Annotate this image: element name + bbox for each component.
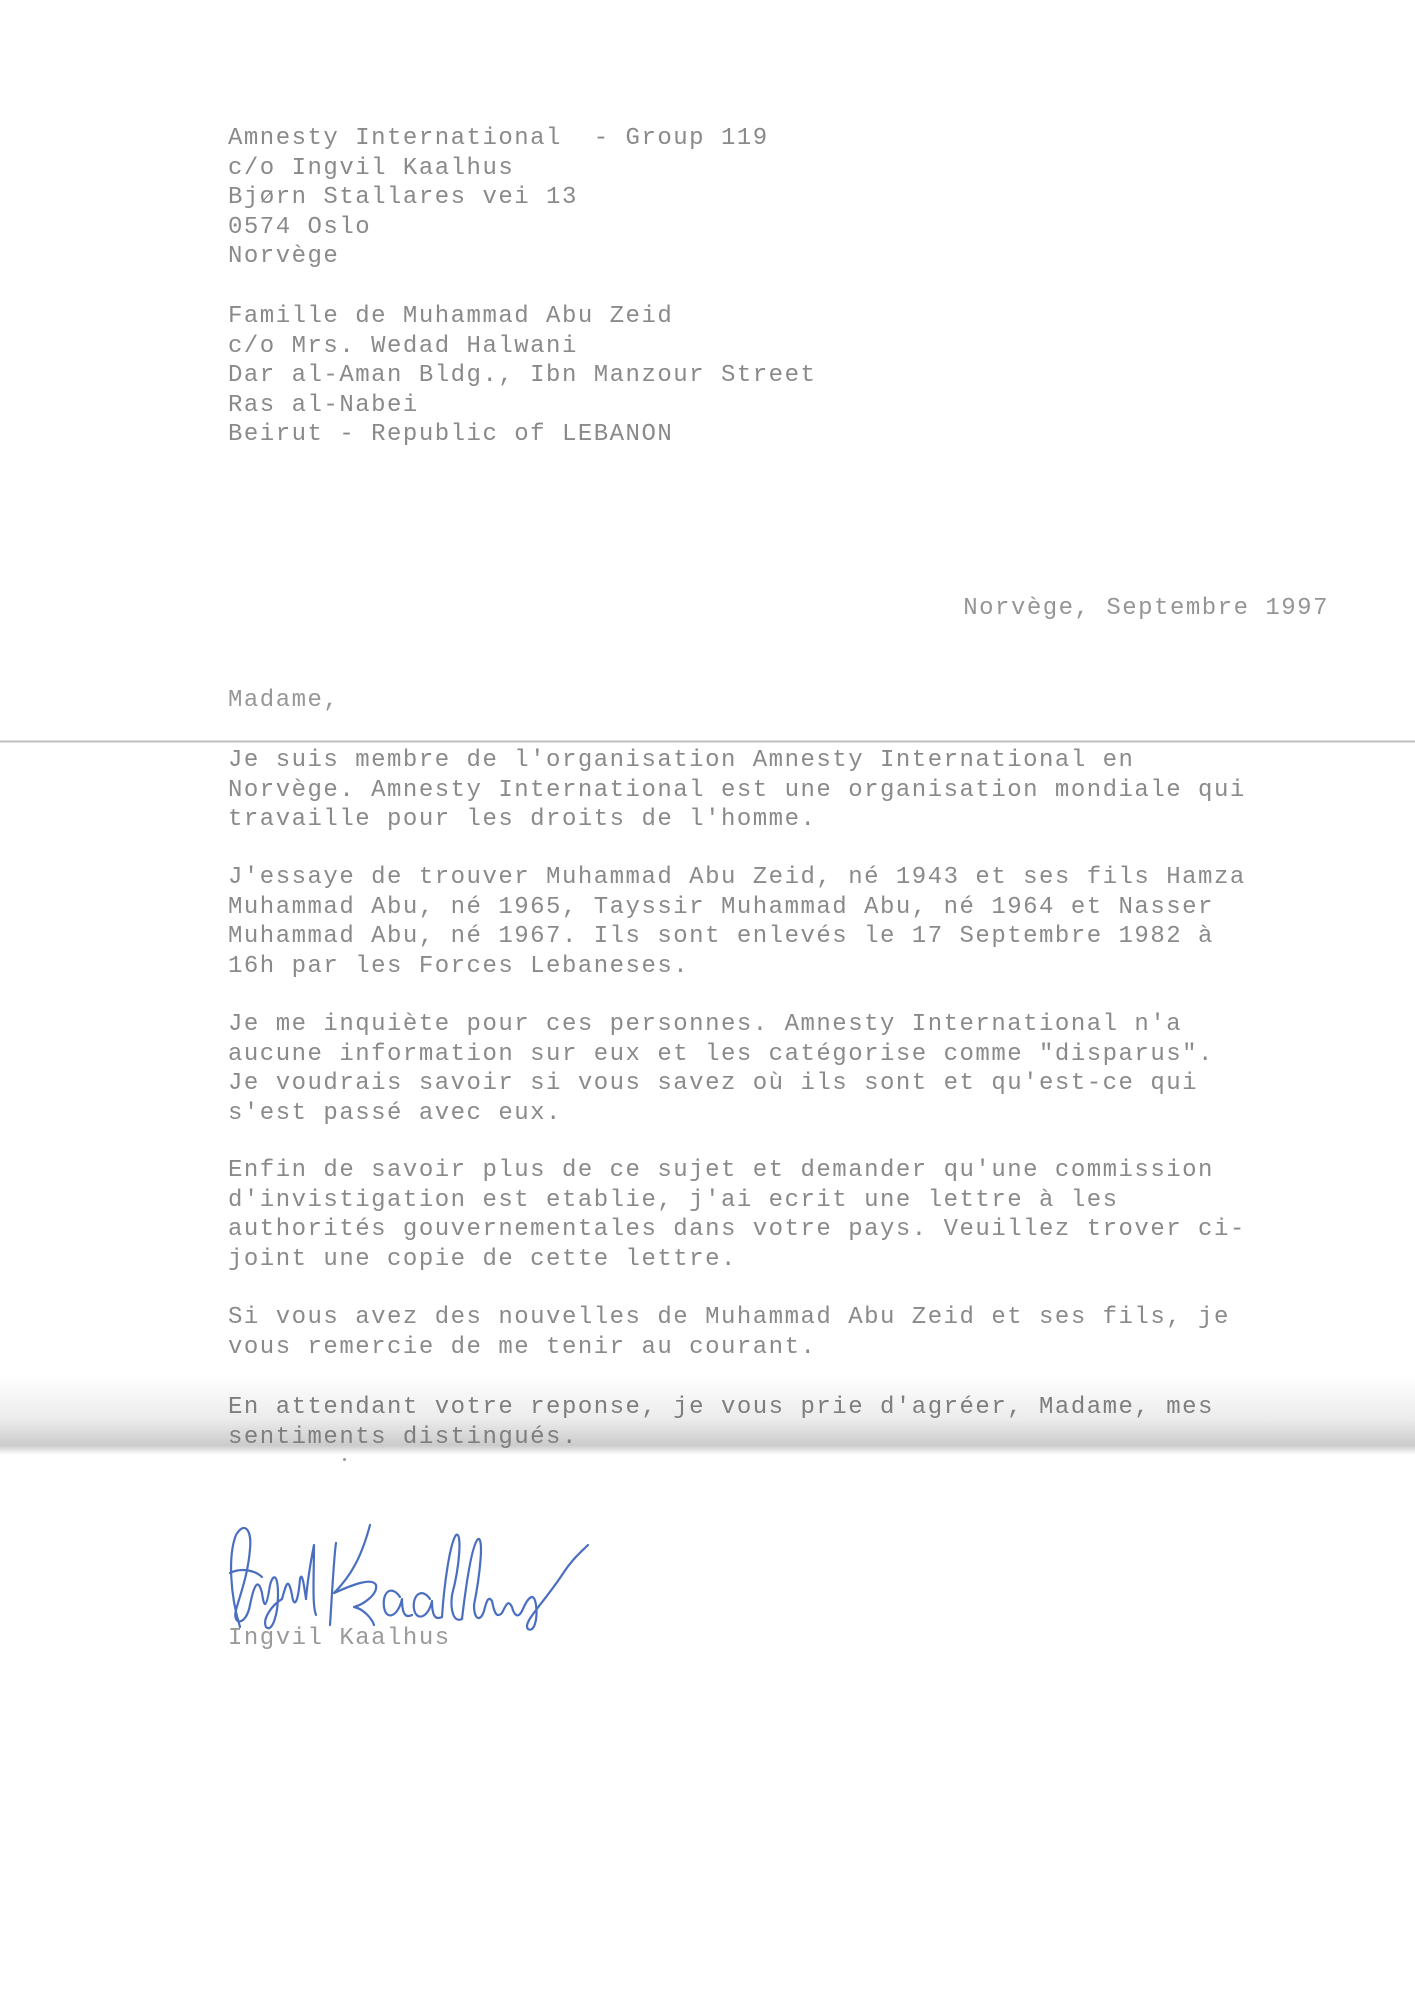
recipient-line-building: Dar al-Aman Bldg., Ibn Manzour Street <box>228 361 816 391</box>
sender-line-street: Bjørn Stallares vei 13 <box>228 183 769 213</box>
paragraph-line: d'invistigation est etablie, j'ai ecrit … <box>228 1186 1358 1216</box>
body-paragraph-5: Si vous avez des nouvelles de Muhammad A… <box>228 1303 1358 1362</box>
paragraph-line: Muhammad Abu, né 1965, Tayssir Muhammad … <box>228 893 1358 923</box>
paper-fold-line <box>0 740 1415 743</box>
paper-speck <box>343 1458 346 1461</box>
paragraph-line: s'est passé avec eux. <box>228 1099 1358 1129</box>
sender-address: Amnesty International - Group 119 c/o In… <box>228 124 769 272</box>
sender-line-country: Norvège <box>228 242 769 272</box>
paragraph-line: joint une copie de cette lettre. <box>228 1245 1358 1275</box>
closing-paragraph: En attendant votre reponse, je vous prie… <box>228 1393 1358 1452</box>
paragraph-line: aucune information sur eux et les catégo… <box>228 1040 1358 1070</box>
paragraph-line: vous remercie de me tenir au courant. <box>228 1333 1358 1363</box>
paragraph-line: Je suis membre de l'organisation Amnesty… <box>228 746 1358 776</box>
body-paragraph-4: Enfin de savoir plus de ce sujet et dema… <box>228 1156 1358 1274</box>
paragraph-line: authorités gouvernementales dans votre p… <box>228 1215 1358 1245</box>
paragraph-line: Muhammad Abu, né 1967. Ils sont enlevés … <box>228 922 1358 952</box>
paragraph-line: Je me inquiète pour ces personnes. Amnes… <box>228 1010 1358 1040</box>
paragraph-line: 16h par les Forces Lebaneses. <box>228 952 1358 982</box>
paragraph-line: sentiments distingués. <box>228 1423 1358 1453</box>
salutation-text: Madame, <box>228 686 339 716</box>
sender-line-org: Amnesty International - Group 119 <box>228 124 769 154</box>
paragraph-line: En attendant votre reponse, je vous prie… <box>228 1393 1358 1423</box>
paragraph-line: Je voudrais savoir si vous savez où ils … <box>228 1069 1358 1099</box>
letter-date: Norvège, Septembre 1997 <box>963 595 1329 622</box>
recipient-line-co: c/o Mrs. Wedad Halwani <box>228 332 816 362</box>
body-paragraph-2: J'essaye de trouver Muhammad Abu Zeid, n… <box>228 863 1358 981</box>
recipient-address: Famille de Muhammad Abu Zeid c/o Mrs. We… <box>228 302 816 450</box>
body-paragraph-1: Je suis membre de l'organisation Amnesty… <box>228 746 1358 835</box>
paragraph-line: J'essaye de trouver Muhammad Abu Zeid, n… <box>228 863 1358 893</box>
sender-line-city: 0574 Oslo <box>228 213 769 243</box>
recipient-line-district: Ras al-Nabei <box>228 391 816 421</box>
paragraph-line: Norvège. Amnesty International est une o… <box>228 776 1358 806</box>
paragraph-line: Si vous avez des nouvelles de Muhammad A… <box>228 1303 1358 1333</box>
recipient-line-country: Beirut - Republic of LEBANON <box>228 420 816 450</box>
sender-line-co: c/o Ingvil Kaalhus <box>228 154 769 184</box>
body-paragraph-3: Je me inquiète pour ces personnes. Amnes… <box>228 1010 1358 1128</box>
salutation: Madame, <box>228 686 339 716</box>
recipient-line-name: Famille de Muhammad Abu Zeid <box>228 302 816 332</box>
paragraph-line: Enfin de savoir plus de ce sujet et dema… <box>228 1156 1358 1186</box>
typed-signatory-name: Ingvil Kaalhus <box>228 1625 451 1652</box>
paragraph-line: travaille pour les droits de l'homme. <box>228 805 1358 835</box>
